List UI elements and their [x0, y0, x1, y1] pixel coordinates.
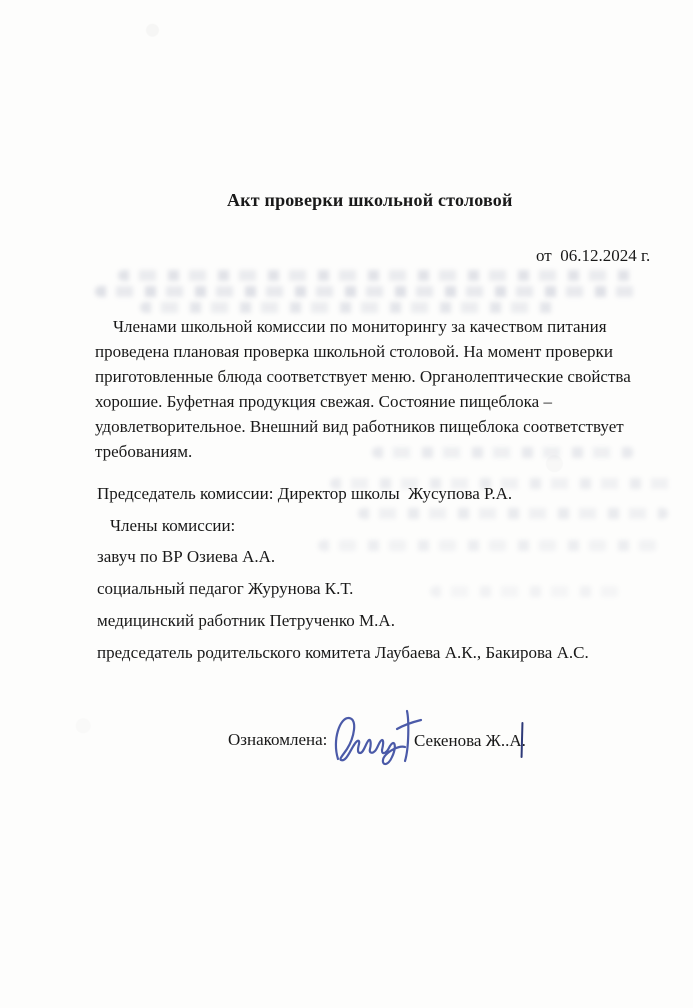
handwritten-signature [331, 708, 427, 768]
document-date: от 06.12.2024 г. [536, 246, 650, 266]
paragraph-line: удовлетворительное. Внешний вид работник… [95, 414, 670, 439]
bleed-through-artifact [118, 270, 638, 281]
paragraph-line: Членами школьной комиссии по мониторингу… [95, 314, 670, 339]
bleed-through-artifact [430, 586, 620, 597]
chairman-line: Председатель комиссии: Директор школы Жу… [97, 484, 512, 504]
member-line: завуч по ВР Озиева А.А. [97, 547, 275, 567]
paragraph-line: хорошие. Буфетная продукция свежая. Сост… [95, 389, 670, 414]
member-line: председатель родительского комитета Лауб… [97, 643, 589, 663]
scan-noise-texture [0, 0, 693, 1008]
document-title: Акт проверки школьной столовой [227, 190, 513, 211]
paragraph-line: требованиям. [95, 439, 670, 464]
main-paragraph: Членами школьной комиссии по мониторингу… [95, 314, 670, 464]
paragraph-line: приготовленные блюда соответствует меню.… [95, 364, 670, 389]
scanned-document-page: Акт проверки школьной столовой от 06.12.… [0, 0, 693, 1008]
bleed-through-artifact [358, 508, 668, 519]
bleed-through-artifact [318, 540, 658, 551]
bleed-through-artifact [95, 286, 643, 297]
member-line: социальный педагог Журунова К.Т. [97, 579, 353, 599]
bleed-through-artifact [140, 302, 560, 313]
paragraph-line: проведена плановая проверка школьной сто… [95, 339, 670, 364]
acknowledged-name: Секенова Ж..А. [414, 731, 526, 751]
members-heading: Члены комиссии: [110, 516, 235, 536]
member-line: медицинский работник Петрученко М.А. [97, 611, 395, 631]
acknowledged-label: Ознакомлена: [228, 730, 327, 750]
